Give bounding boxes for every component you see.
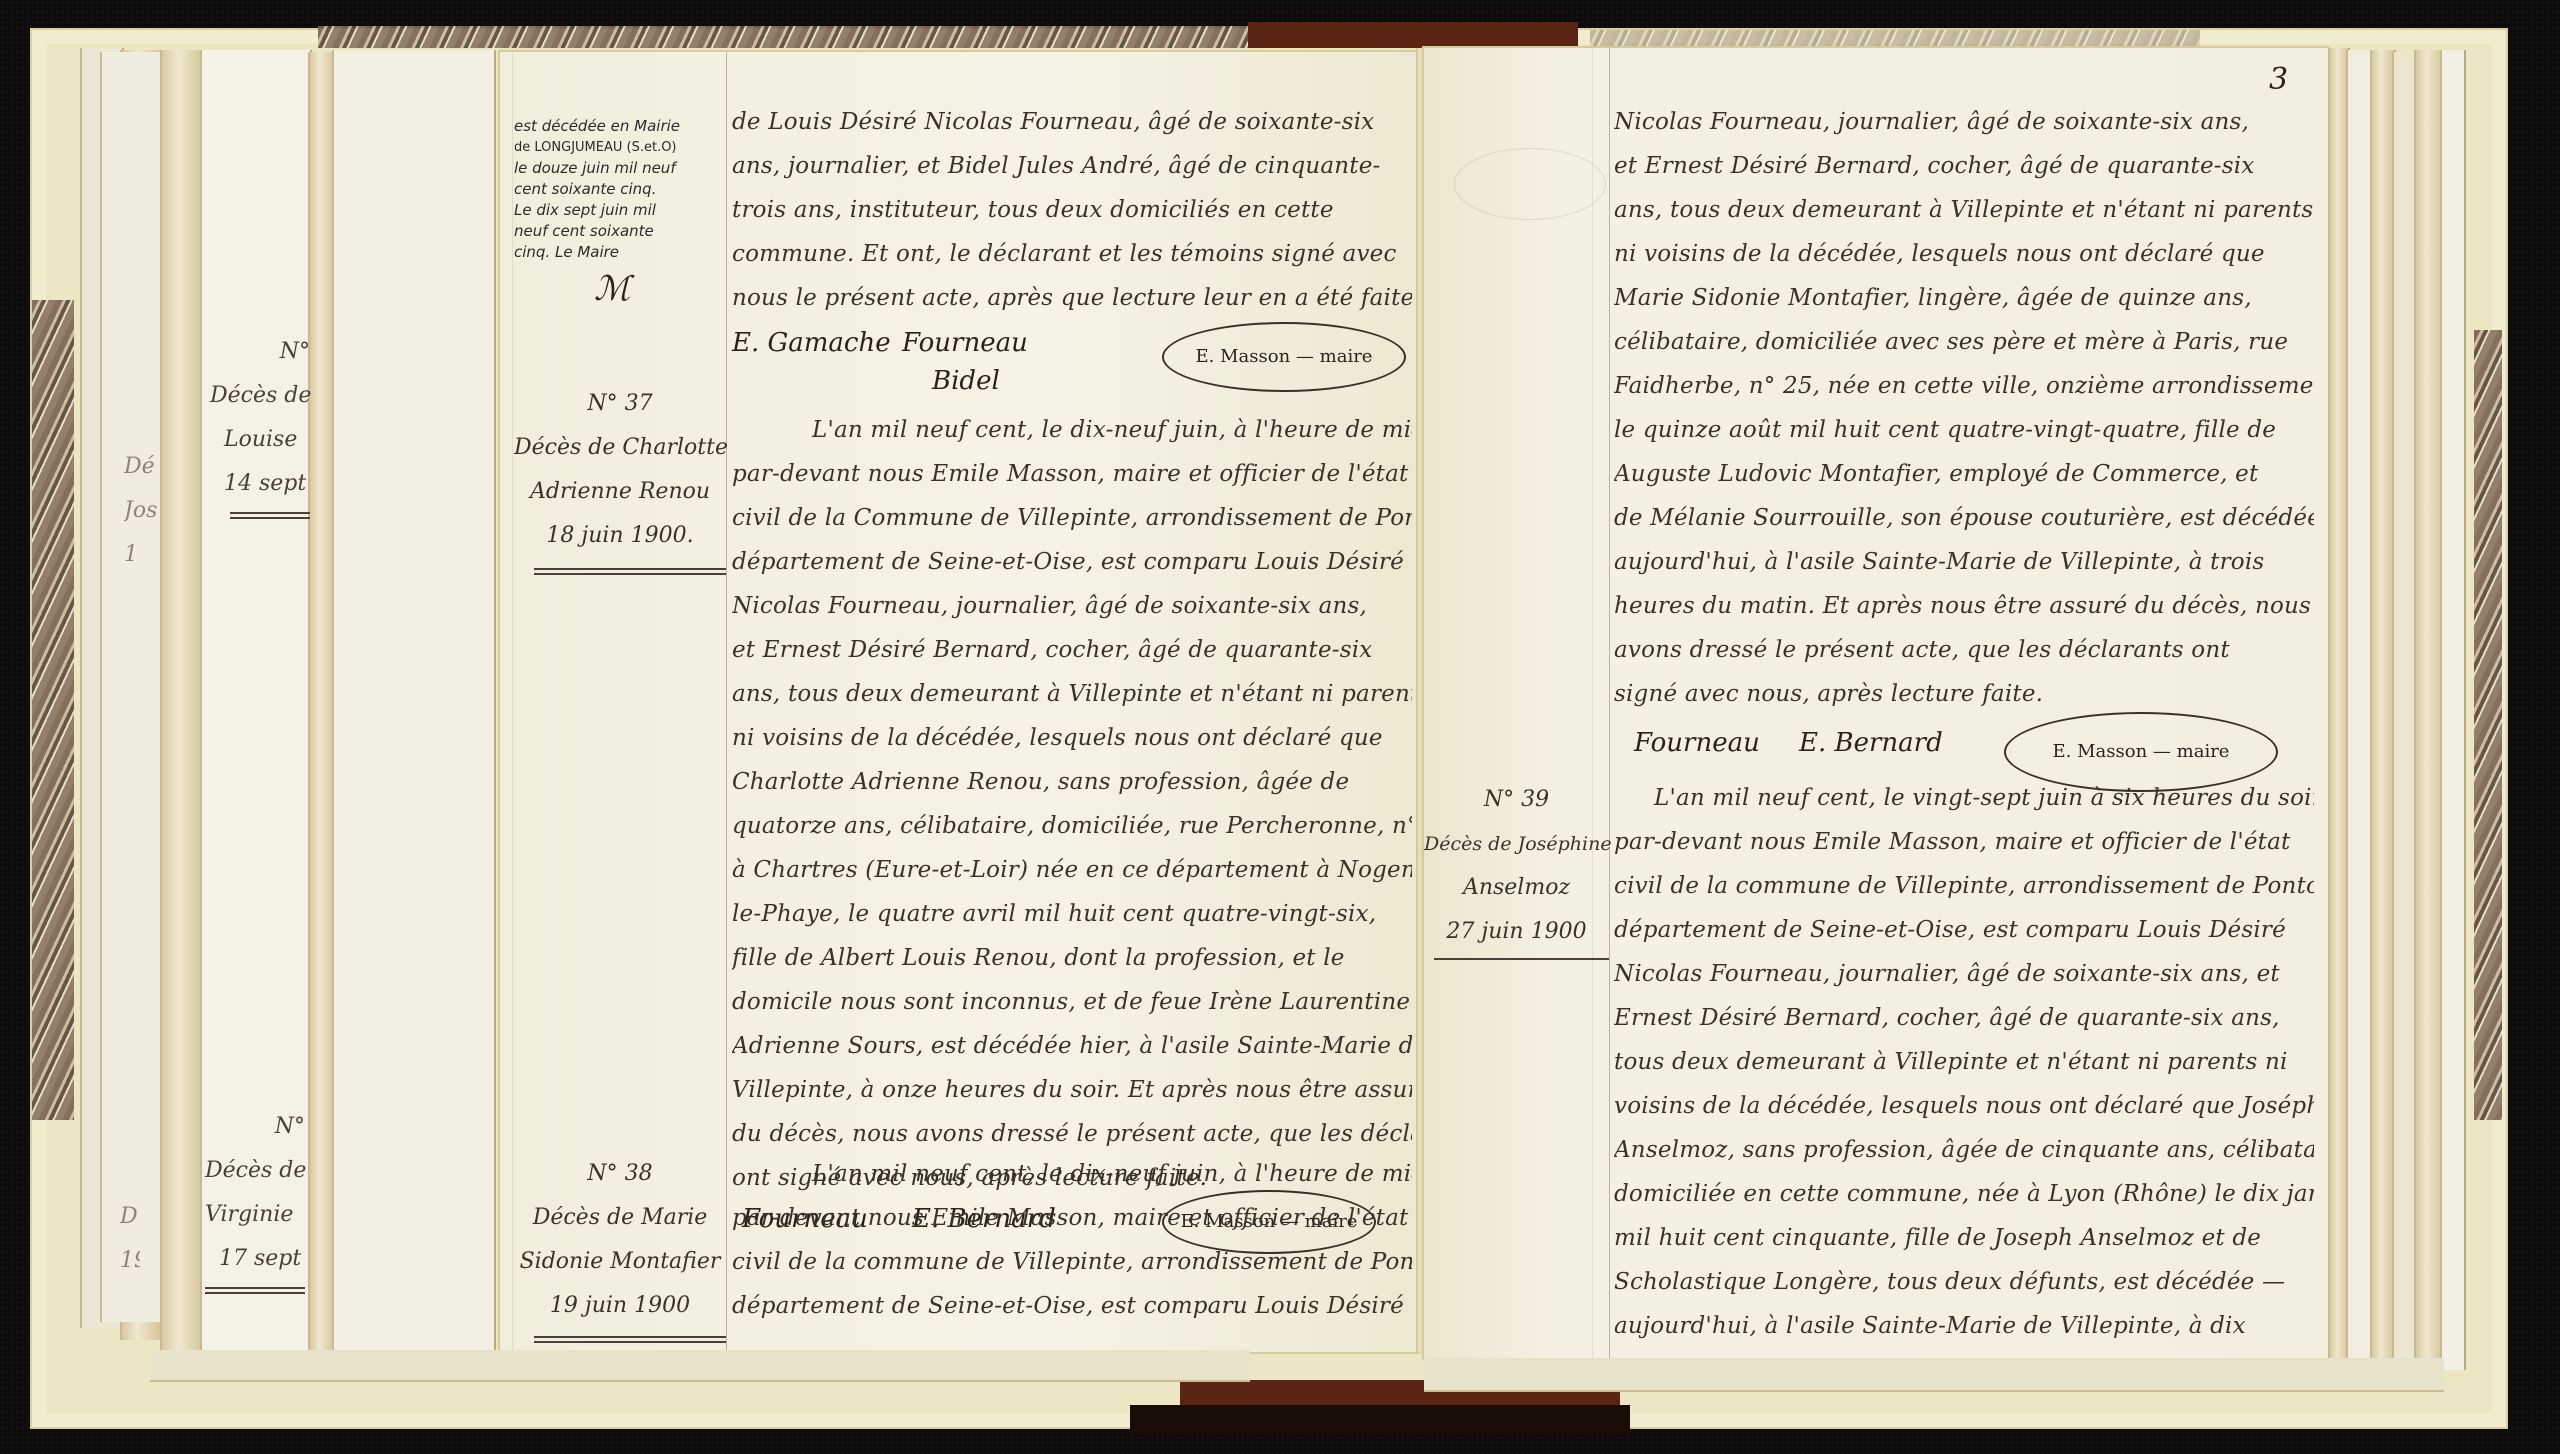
entry-number: N° 39 [1424,778,1609,822]
text-line: heures du matin. Et après nous être assu… [1614,584,2314,628]
entry-37-margin: N° 37 Décès de Charlotte Adrienne Renou … [514,382,726,575]
text-line: et Ernest Désiré Bernard, cocher, âgé de… [1614,144,2314,188]
entry-margin-name: Adrienne Renou [514,470,726,514]
edge-entry-rule [230,512,310,519]
entry-margin-title: Décès de Charlotte [514,426,726,470]
entry-37-body: L'an mil neuf cent, le dix-neuf juin, à … [732,408,1412,1252]
text-line: du décès, nous avons dressé le présent a… [732,1112,1412,1156]
text-line: fille de Albert Louis Renou, dont la pro… [732,936,1412,980]
margin-rule-right-inner [1592,48,1593,1358]
entry-margin-date: 19 juin 1900 [514,1284,726,1328]
folio-number: 3 [2269,62,2288,97]
marbled-board-top [318,26,1248,48]
text-line: Faidherbe, n° 25, née en cette ville, on… [1614,364,2314,408]
bottom-page-layer-right [1424,1358,2444,1392]
text-line: domiciliée en cette commune, née à Lyon … [1614,1172,2314,1216]
text-line: ni voisins de la décédée, lesquels nous … [1614,232,2314,276]
text-line: ans, tous deux demeurant à Villepinte et… [1614,188,2314,232]
text-line: Auguste Ludovic Montafier, employé de Co… [1614,452,2314,496]
entry-margin-title: Décès de Joséphine [1424,822,1609,866]
book-gutter [1416,48,1424,1353]
text-line: ans, tous deux demeurant à Villepinte et… [732,672,1412,716]
text-line: L'an mil neuf cent, le vingt-sept juin à… [1614,776,2314,820]
signature-row: E. Gamache Fourneau Bidel E. Masson — ma… [732,320,1412,408]
text-line: civil de la commune de Villepinte, arron… [732,1240,1412,1284]
entry-end-rule [534,568,726,575]
text-line: quatorze ans, célibataire, domiciliée, r… [732,804,1412,848]
text-line: de Mélanie Sourrouille, son épouse coutu… [1614,496,2314,540]
edge-entry-title: Décès de [210,374,310,418]
left-page-edge-7 [332,50,496,1375]
signature: E. Gamache [732,328,891,358]
annotation-line: cinq. Le Maire [514,242,724,263]
left-edge-entry-d: D 19 [120,1195,140,1283]
text-line: par-devant nous Emile Masson, maire et o… [1614,820,2314,864]
text-line: ans, journalier, et Bidel Jules André, â… [732,144,1412,188]
entry-rule [1434,958,1609,960]
entry-margin-date: 18 juin 1900. [514,514,726,558]
text-line: et Ernest Désiré Bernard, cocher, âgé de… [732,628,1412,672]
text-line: commune. Et ont, le déclarant et les tém… [732,232,1412,276]
edge-entry-number: N° [210,330,310,374]
right-register-page: 3 Nicolas Fourneau, journalier, âgé de s… [1424,48,2328,1358]
text-line: voisins de la décédée, lesquels nous ont… [1614,1084,2314,1128]
edge-entry-date: 17 sept [205,1237,305,1281]
spine-gap-bottom [1130,1405,1630,1435]
left-edge-entry-c: Dé Jos 1 [124,445,160,577]
margin-rule-left [726,52,727,1352]
marbled-board-right [2474,330,2502,1120]
text-line: Nicolas Fourneau, journalier, âgé de soi… [1614,952,2314,996]
left-edge-entry-b: N° Décès de Virginie 17 sept [205,1105,305,1294]
entry-38-body: L'an mil neuf cent, le dix-neuf juin, à … [732,1152,1412,1328]
marbled-board-left [32,300,74,1120]
annotation-line: cent soixante cinq. [514,179,724,200]
text-line: avons dressé le présent acte, que les dé… [1614,628,2314,672]
stamp-text: E. Masson — maire [1196,346,1373,367]
entry-margin-name: Sidonie Montafier [514,1240,726,1284]
bottom-page-layer-left [150,1350,1250,1382]
right-continuation-text: Nicolas Fourneau, journalier, âgé de soi… [1614,100,2314,812]
edge-entry-rule [205,1287,305,1294]
text-line: Ernest Désiré Bernard, cocher, âgé de qu… [1614,996,2314,1040]
entry-39-body: L'an mil neuf cent, le vingt-sept juin à… [1614,776,2314,1392]
mayor-signature-stamp: E. Masson — maire [1162,322,1406,392]
edge-entry-title: Décès de [205,1149,305,1193]
text-line: civil de la commune de Villepinte, arron… [1614,864,2314,908]
entry-margin-title: Décès de Marie [514,1196,726,1240]
text-line: L'an mil neuf cent, le dix-neuf juin, à … [732,1152,1412,1196]
signature: Bidel [932,366,1000,396]
text-line: Marie Sidonie Montafier, lingère, âgée d… [1614,276,2314,320]
text-line: le quinze août mil huit cent quatre-ving… [1614,408,2314,452]
margin-annotation: est décédée en Mairie de LONGJUMEAU (S.e… [514,116,724,309]
signature: Fourneau [1634,728,1760,758]
margin-rule-left-inner [512,52,513,1352]
text-line: Scholastique Longère, tous deux défunts,… [1614,1260,2314,1304]
offset-ink-ghost [1454,148,1606,220]
edge-entry-name: Jos [124,489,160,533]
text-line: célibataire, domiciliée avec ses père et… [1614,320,2314,364]
text-line: département de Seine-et-Oise, est compar… [732,540,1412,584]
leather-spine-top [1248,22,1578,48]
text-line: département de Seine-et-Oise, est compar… [1614,908,2314,952]
signature: E. Bernard [1799,728,1943,758]
annotation-line: neuf cent soixante [514,221,724,242]
right-page-edge-6 [2440,50,2466,1370]
entry-margin-date: 27 juin 1900 [1424,910,1609,954]
annotation-signature: ℳ [594,269,724,309]
text-line: domicile nous sont inconnus, et de feue … [732,980,1412,1024]
annotation-line: est décédée en Mairie [514,116,724,137]
margin-rule-right [1609,48,1610,1358]
text-line: à Chartres (Eure-et-Loir) née en ce dépa… [732,848,1412,892]
text-line: nous le présent acte, après que lecture … [732,276,1412,320]
text-line: Nicolas Fourneau, journalier, âgé de soi… [732,584,1412,628]
text-line: Villepinte, à onze heures du soir. Et ap… [732,1068,1412,1112]
edge-entry-name: Virginie [205,1193,305,1237]
annotation-line: Le dix sept juin mil [514,200,724,221]
text-line: aujourd'hui, à l'asile Sainte-Marie de V… [1614,540,2314,584]
entry-39-margin: N° 39 Décès de Joséphine Anselmoz 27 jui… [1424,778,1609,960]
entry-number: N° 37 [514,382,726,426]
text-line: Nicolas Fourneau, journalier, âgé de soi… [1614,100,2314,144]
text-line: signé avec nous, après lecture faite. [1614,672,2314,716]
text-line: aujourd'hui, à l'asile Sainte-Marie de V… [1614,1304,2314,1348]
text-line: trois ans, instituteur, tous deux domici… [732,188,1412,232]
entry-38-margin: N° 38 Décès de Marie Sidonie Montafier 1… [514,1152,726,1343]
edge-entry-date: 1 [124,533,160,577]
text-line: civil de la Commune de Villepinte, arron… [732,496,1412,540]
signature: Fourneau [902,328,1028,358]
text-line: ni voisins de la décédée, lesquels nous … [732,716,1412,760]
edge-entry-date: 19 [120,1239,140,1283]
edge-entry-title: Dé [124,445,160,489]
text-line: L'an mil neuf cent, le dix-neuf juin, à … [732,408,1412,452]
text-line: Anselmoz, sans profession, âgée de cinqu… [1614,1128,2314,1172]
text-line: Adrienne Sours, est décédée hier, à l'as… [732,1024,1412,1068]
text-line: le-Phaye, le quatre avril mil huit cent … [732,892,1412,936]
marbled-board-top-right [1590,30,2200,46]
text-line: tous deux demeurant à Villepinte et n'ét… [1614,1040,2314,1084]
annotation-line: de LONGJUMEAU (S.et.O) [514,137,724,158]
left-register-page: est décédée en Mairie de LONGJUMEAU (S.e… [500,52,1418,1352]
text-line: de Louis Désiré Nicolas Fourneau, âgé de… [732,100,1412,144]
entry-number: N° 38 [514,1152,726,1196]
text-line: Charlotte Adrienne Renou, sans professio… [732,760,1412,804]
left-continuation-text: de Louis Désiré Nicolas Fourneau, âgé de… [732,100,1412,408]
text-line: mil huit cent cinquante, fille de Joseph… [1614,1216,2314,1260]
left-page-edge-3 [100,52,164,1322]
edge-entry-number: N° [205,1105,305,1149]
annotation-line: le douze juin mil neuf [514,158,724,179]
text-line: département de Seine-et-Oise, est compar… [732,1284,1412,1328]
text-line: par-devant nous Emile Masson, maire et o… [732,1196,1412,1240]
stamp-text: E. Masson — maire [2053,741,2230,762]
entry-margin-name: Anselmoz [1424,866,1609,910]
edge-entry-name: Louise [210,418,310,462]
entry-end-rule [534,1336,726,1343]
edge-entry-date: 14 sept [210,462,310,506]
text-line: par-devant nous Emile Masson, maire et o… [732,452,1412,496]
left-page-edge-4 [160,50,204,1380]
edge-entry-title: D [120,1195,140,1239]
left-edge-entry-a: N° Décès de Louise 14 sept [210,330,310,519]
